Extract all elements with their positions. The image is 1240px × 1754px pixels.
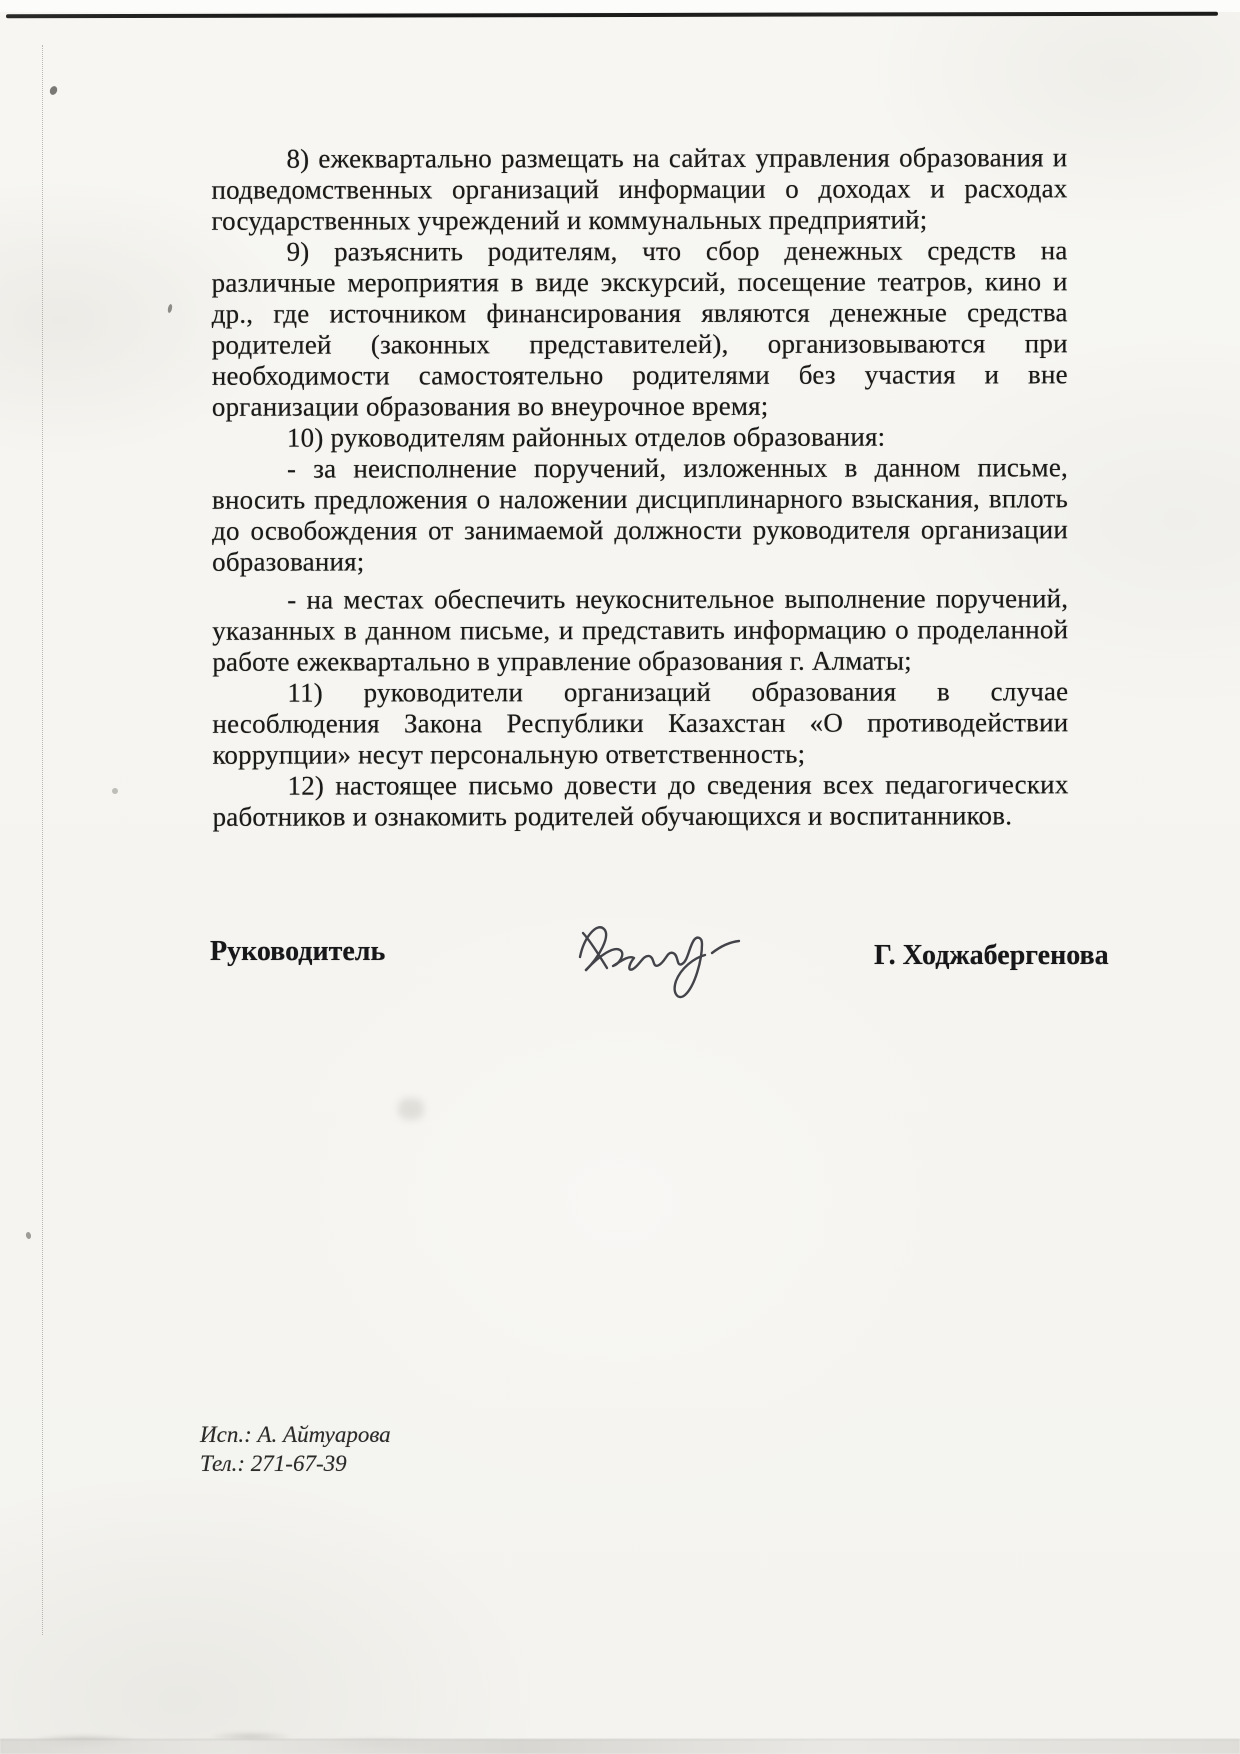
scanned-letter-page: 8) ежеквартально размещать на сайтах упр…	[0, 0, 1240, 1754]
scan-speck	[48, 85, 58, 96]
handwritten-signature	[566, 908, 762, 1008]
executor-phone-line: Тел.: 271-67-39	[200, 1449, 391, 1478]
scan-speck	[112, 788, 118, 794]
paragraph-item-9: 9) разъяснить родителям, что сбор денежн…	[212, 235, 1068, 422]
paragraph-item-10: 10) руководителям районных отделов образ…	[212, 421, 1068, 453]
paragraph-item-12: 12) настоящее письмо довести до сведения…	[212, 769, 1068, 832]
scan-speck	[25, 1231, 32, 1239]
executor-block: Исп.: А. Айтуарова Тел.: 271-67-39	[200, 1420, 391, 1478]
letter-body: 8) ежеквартально размещать на сайтах упр…	[211, 142, 1068, 832]
paragraph-item-8: 8) ежеквартально размещать на сайтах упр…	[211, 142, 1067, 236]
paragraph-item-10-dash-2: - на местах обеспечить неукоснительное в…	[212, 583, 1068, 677]
scan-top-margin	[0, 0, 1240, 12]
executor-name-line: Исп.: А. Айтуарова	[200, 1420, 391, 1449]
signatory-name: Г. Ходжабергенова	[874, 940, 1109, 972]
signatory-title: Руководитель	[210, 936, 385, 968]
paper-fold-line	[42, 45, 43, 1635]
paragraph-item-11: 11) руководители организаций образования…	[212, 676, 1068, 770]
paragraph-item-10-dash-1: - за неисполнение поручений, изложенных …	[212, 452, 1068, 577]
scan-smudge	[398, 1098, 424, 1120]
scan-top-edge-line	[6, 12, 1218, 19]
scan-speck	[167, 304, 173, 314]
scan-bottom-edge	[0, 1739, 1240, 1754]
